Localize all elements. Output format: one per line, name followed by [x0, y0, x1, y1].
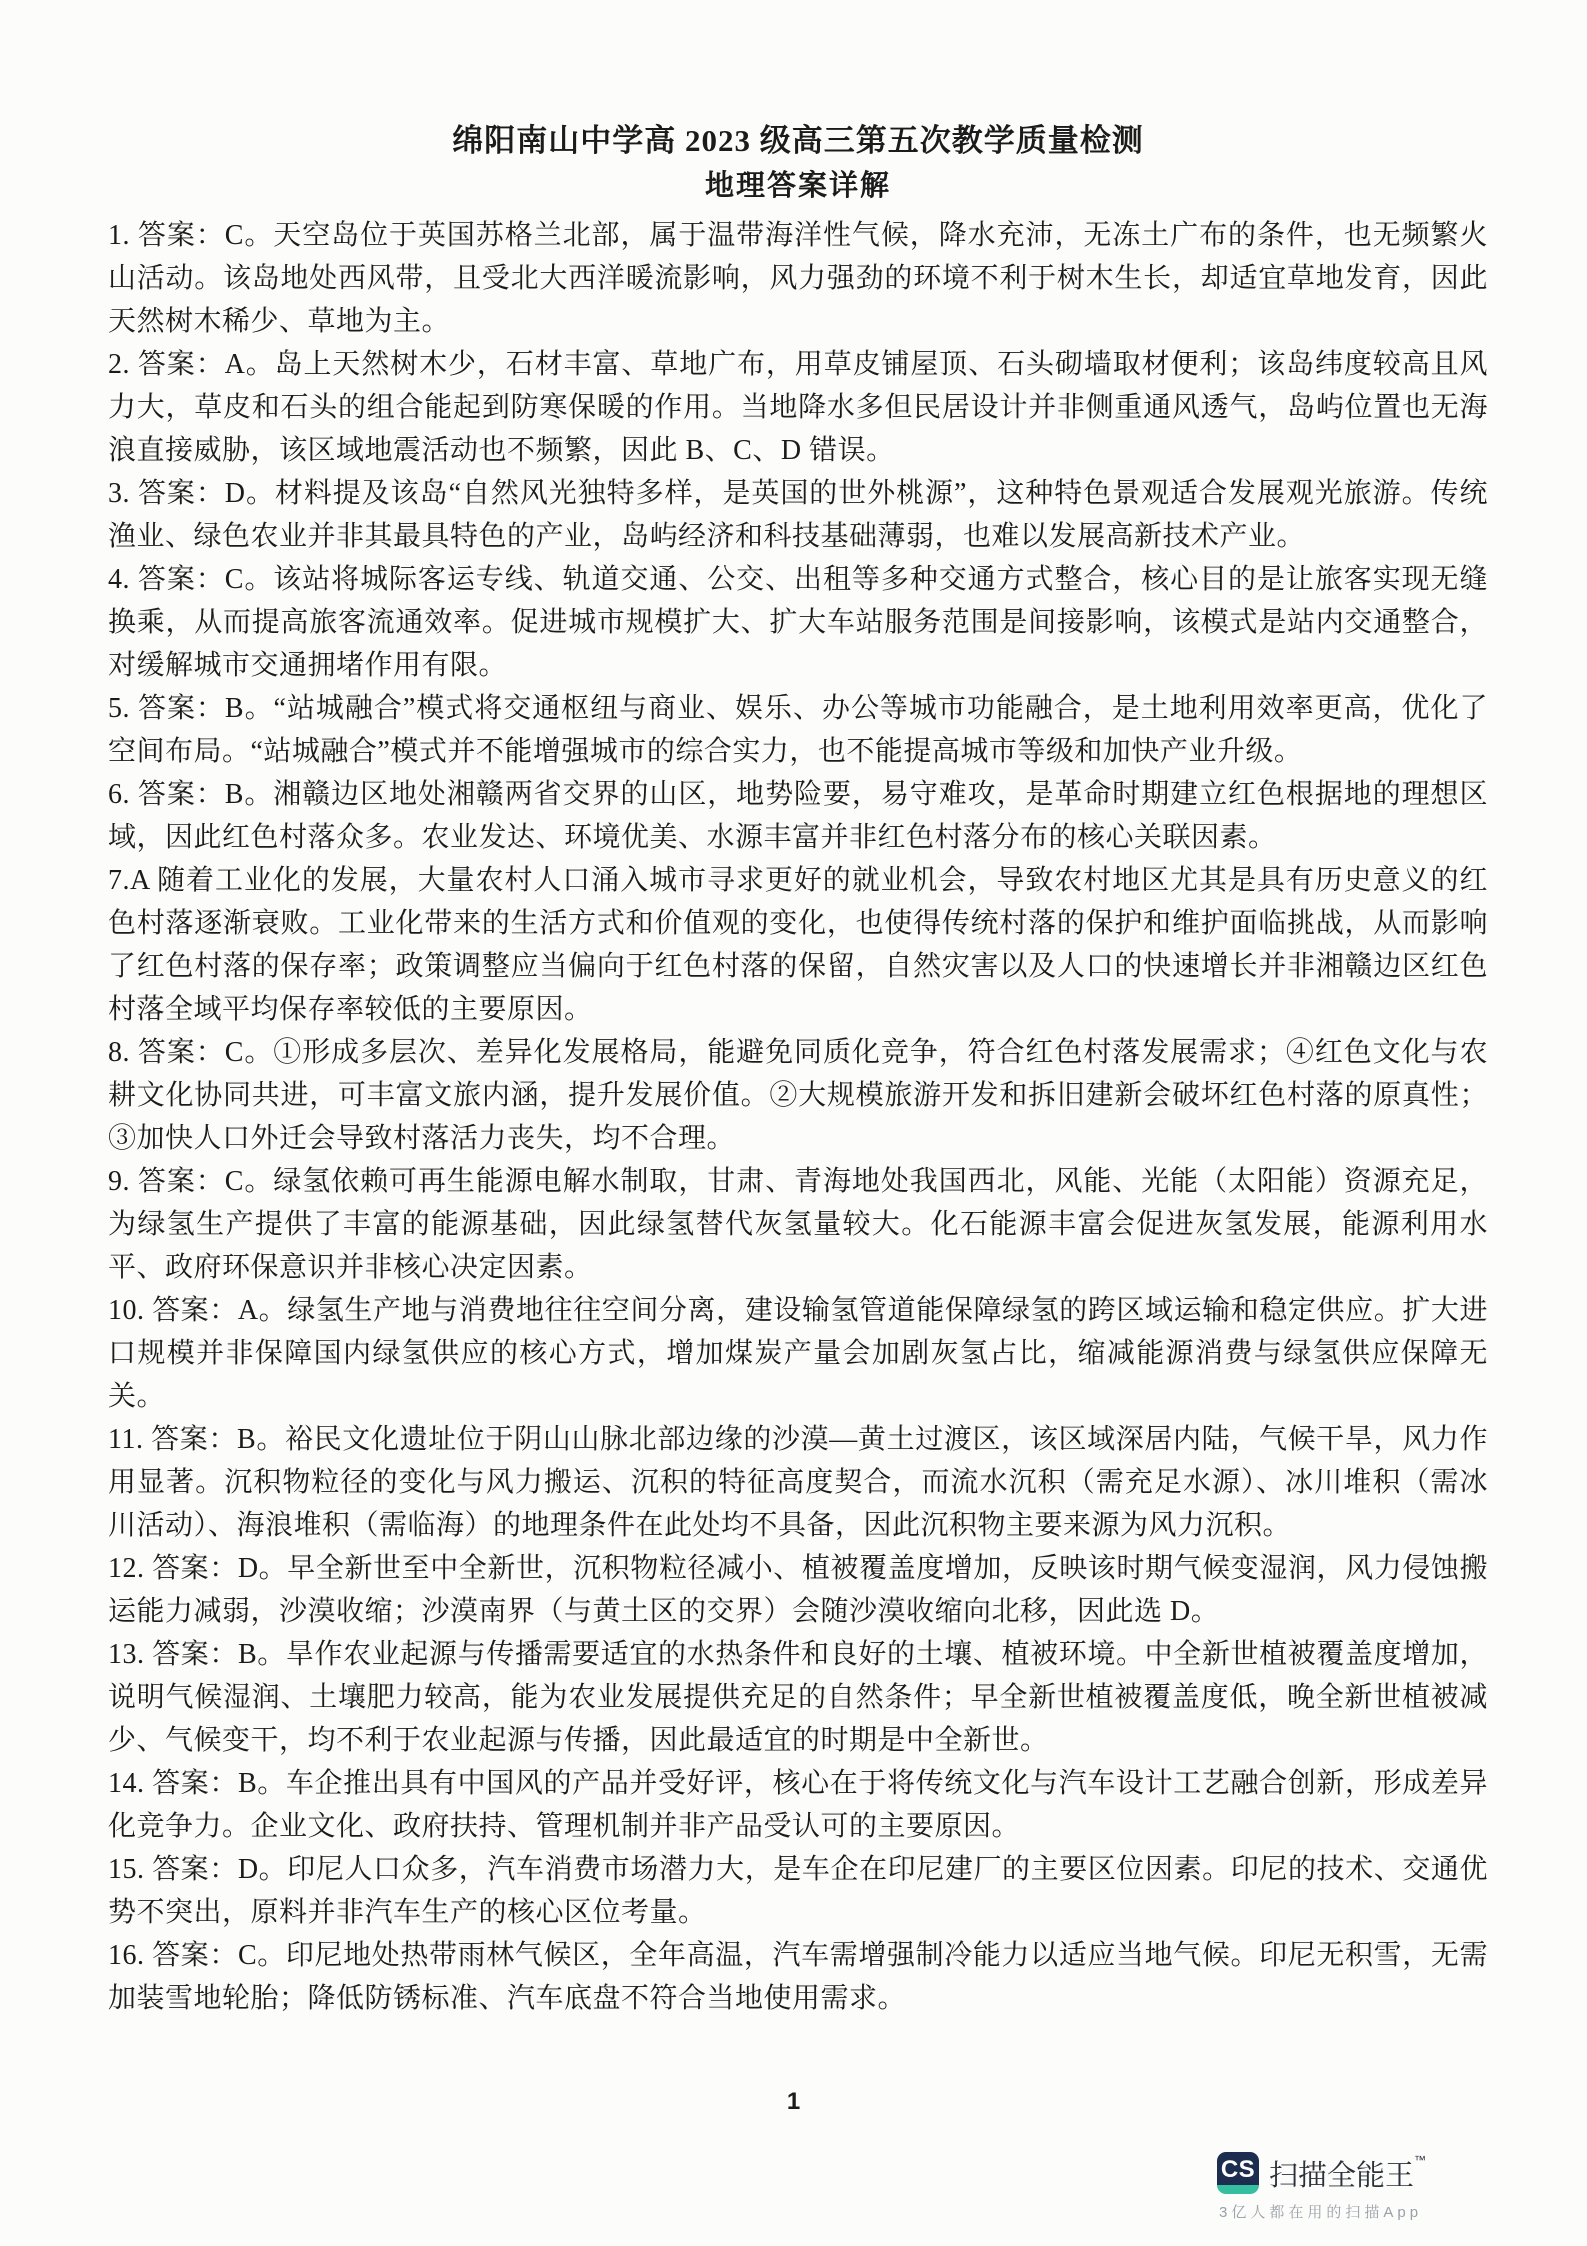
- answer-paragraph-14: 14. 答案：B。车企推出具有中国风的产品并受好评，核心在于将传统文化与汽车设计…: [108, 1762, 1488, 1848]
- answer-list: 1. 答案：C。天空岛位于英国苏格兰北部，属于温带海洋性气候，降水充沛，无冻土广…: [108, 214, 1488, 2020]
- answer-paragraph-10: 10. 答案：A。绿氢生产地与消费地往往空间分离，建设输氢管道能保障绿氢的跨区域…: [108, 1289, 1488, 1418]
- answer-paragraph-11: 11. 答案：B。裕民文化遗址位于阴山山脉北部边缘的沙漠—黄土过渡区，该区域深居…: [108, 1418, 1488, 1547]
- camscanner-logo-letters: CS: [1221, 2156, 1255, 2184]
- camscanner-logo-icon: CS: [1217, 2152, 1259, 2194]
- document-content: 绵阳南山中学高 2023 级高三第五次教学质量检测 地理答案详解 1. 答案：C…: [108, 118, 1488, 2020]
- answer-paragraph-15: 15. 答案：D。印尼人口众多，汽车消费市场潜力大，是车企在印尼建厂的主要区位因…: [108, 1848, 1488, 1934]
- scanned-document-page: 绵阳南山中学高 2023 级高三第五次教学质量检测 地理答案详解 1. 答案：C…: [0, 0, 1587, 2246]
- page-number: 1: [0, 2088, 1587, 2116]
- camscanner-watermark: CS 扫描全能王™ 3亿人都在用的扫描App: [1217, 2152, 1517, 2222]
- camscanner-tagline: 3亿人都在用的扫描App: [1219, 2201, 1517, 2222]
- answer-paragraph-3: 3. 答案：D。材料提及该岛“自然风光独特多样，是英国的世外桃源”，这种特色景观…: [108, 472, 1488, 558]
- answer-paragraph-12: 12. 答案：D。早全新世至中全新世，沉积物粒径减小、植被覆盖度增加，反映该时期…: [108, 1547, 1488, 1633]
- answer-paragraph-4: 4. 答案：C。该站将城际客运专线、轨道交通、公交、出租等多种交通方式整合，核心…: [108, 558, 1488, 687]
- answer-paragraph-2: 2. 答案：A。岛上天然树木少，石材丰富、草地广布，用草皮铺屋顶、石头砌墙取材便…: [108, 343, 1488, 472]
- answer-paragraph-6: 6. 答案：B。湘赣边区地处湘赣两省交界的山区，地势险要，易守难攻，是革命时期建…: [108, 773, 1488, 859]
- document-subtitle: 地理答案详解: [108, 164, 1488, 208]
- answer-paragraph-16: 16. 答案：C。印尼地处热带雨林气候区，全年高温，汽车需增强制冷能力以适应当地…: [108, 1934, 1488, 2020]
- answer-paragraph-1: 1. 答案：C。天空岛位于英国苏格兰北部，属于温带海洋性气候，降水充沛，无冻土广…: [108, 214, 1488, 343]
- document-title: 绵阳南山中学高 2023 级高三第五次教学质量检测: [108, 118, 1488, 164]
- camscanner-app-name: 扫描全能王™: [1269, 2153, 1426, 2194]
- answer-paragraph-9: 9. 答案：C。绿氢依赖可再生能源电解水制取，甘肃、青海地处我国西北，风能、光能…: [108, 1160, 1488, 1289]
- answer-paragraph-8: 8. 答案：C。①形成多层次、差异化发展格局，能避免同质化竞争，符合红色村落发展…: [108, 1031, 1488, 1160]
- trademark-symbol: ™: [1414, 2153, 1426, 2167]
- answer-paragraph-7: 7.A 随着工业化的发展，大量农村人口涌入城市寻求更好的就业机会，导致农村地区尤…: [108, 859, 1488, 1031]
- answer-paragraph-5: 5. 答案：B。“站城融合”模式将交通枢纽与商业、娱乐、办公等城市功能融合，是土…: [108, 687, 1488, 773]
- answer-paragraph-13: 13. 答案：B。旱作农业起源与传播需要适宜的水热条件和良好的土壤、植被环境。中…: [108, 1633, 1488, 1762]
